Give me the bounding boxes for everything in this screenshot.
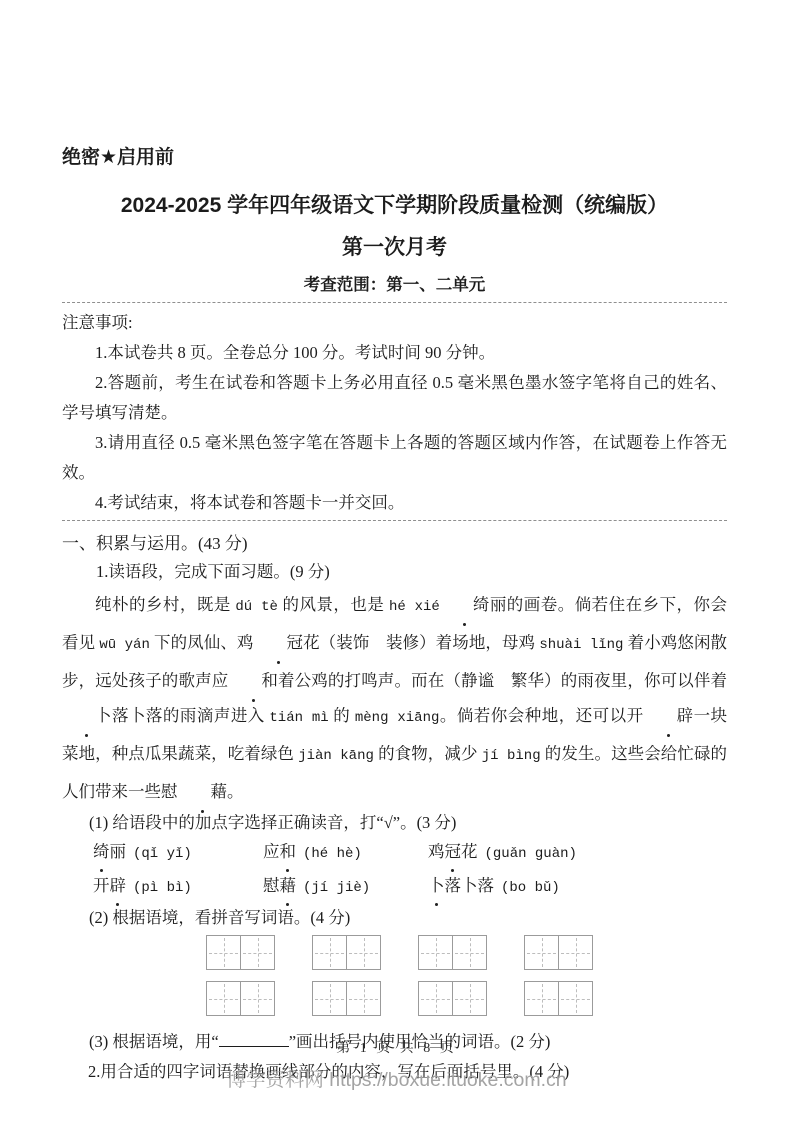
passage-text: 花（装饰 装修）着场地，母鸡 [303, 633, 539, 652]
writing-grid-cell [419, 982, 452, 1015]
divider-bottom [62, 520, 727, 521]
writing-grid-cell [313, 982, 346, 1015]
pronunciation-choice: 卜落卜落(bo bǔ) [428, 870, 560, 904]
dotted-char: 卜 [428, 870, 445, 902]
passage-text: 纯朴的乡村，既是 [95, 595, 235, 614]
dotted-char: 冠 [445, 836, 462, 868]
dotted-char: 冠 [254, 625, 304, 660]
passage-text: 下的凤仙、鸡 [150, 633, 254, 652]
exam-title: 2024-2025 学年四年级语文下学期阶段质量检测（统编版） [62, 192, 727, 220]
sub-question-2-stem: (2) 根据语境，看拼音写词语。(4 分) [62, 904, 727, 931]
writing-grid-cell [240, 982, 274, 1015]
grid-row [206, 935, 727, 970]
writing-grid-cell [419, 936, 452, 969]
writing-grid-box [418, 935, 487, 970]
exam-scope: 考查范围：第一、二单元 [62, 274, 727, 296]
pronunciation-choice: 应和(hé hè) [263, 836, 428, 870]
writing-grid-cell [346, 936, 380, 969]
pronunciation-choice: 慰藉(jí jiè) [263, 870, 428, 904]
choice-pinyin-options: (guǎn guàn) [485, 846, 577, 862]
writing-grid-cell [525, 936, 558, 969]
choice-pinyin-options: (jí jiè) [303, 880, 370, 896]
dotted-char: 辟 [110, 870, 127, 902]
writing-grid-box [312, 935, 381, 970]
pronunciation-choice: 绮丽(qǐ yǐ) [93, 836, 263, 870]
dotted-char: 辟 [644, 698, 694, 733]
pinyin-text: tián mì [269, 710, 328, 726]
notice-item: 2.答题前，考生在试卷和答题卡上务必用直径 0.5 毫米黑色墨水签字笔将自己的姓… [62, 368, 727, 428]
pronunciation-choice-row: 绮丽(qǐ yǐ)应和(hé hè)鸡冠花(guǎn guàn) [62, 836, 727, 870]
dotted-char: 绮 [93, 836, 110, 868]
pinyin-text: hé xié [389, 599, 440, 615]
choice-word: 慰藉 [263, 876, 296, 895]
writing-grid-cell [240, 936, 274, 969]
watermark: 博学资料网 https://boxue.ituoke.com.cn [0, 1064, 793, 1092]
writing-grid-cell [207, 982, 240, 1015]
question-1-stem: 1.读语段，完成下面习题。(9 分) [62, 557, 727, 587]
passage-text: 的食物，减少 [374, 744, 482, 763]
writing-grid-box [206, 935, 275, 970]
notice-item: 4.考试结束，将本试卷和答题卡一并交回。 [62, 488, 727, 518]
notice-item: 1.本试卷共 8 页。全卷总分 100 分。考试时间 90 分钟。 [62, 338, 727, 368]
exam-session-title: 第一次月考 [62, 234, 727, 262]
page-content: 绝密★启用前 2024-2025 学年四年级语文下学期阶段质量检测（统编版） 第… [0, 0, 793, 1087]
pinyin-text: wū yán [99, 637, 149, 653]
pinyin-text: shuài lǐng [539, 637, 623, 653]
secret-label: 绝密★启用前 [62, 146, 727, 170]
notice-heading: 注意事项: [62, 308, 727, 338]
pinyin-writing-grid [206, 935, 727, 1016]
choice-word: 绮丽 [93, 842, 126, 861]
exam-paper-page: 绝密★启用前 2024-2025 学年四年级语文下学期阶段质量检测（统编版） 第… [0, 0, 793, 1122]
pronunciation-choices: 绮丽(qǐ yǐ)应和(hé hè)鸡冠花(guǎn guàn)开辟(pì bì… [62, 836, 727, 904]
section-1-heading: 一、积累与运用。(43 分) [62, 530, 727, 557]
choice-pinyin-options: (hé hè) [303, 846, 362, 862]
notice-block: 注意事项: 1.本试卷共 8 页。全卷总分 100 分。考试时间 90 分钟。2… [62, 308, 727, 518]
dotted-char: 藉 [280, 870, 297, 902]
divider-top [62, 302, 727, 303]
writing-grid-cell [558, 982, 592, 1015]
writing-grid-cell [525, 982, 558, 1015]
writing-grid-cell [452, 936, 486, 969]
dotted-char: 卜 [62, 698, 112, 733]
notice-item: 3.请用直径 0.5 毫米黑色签字笔在答题卡上各题的答题区域内作答，在试题卷上作… [62, 428, 727, 488]
pinyin-text: jí bìng [482, 748, 541, 764]
notice-items: 1.本试卷共 8 页。全卷总分 100 分。考试时间 90 分钟。2.答题前，考… [62, 338, 727, 518]
passage-text: 。 [227, 782, 244, 801]
writing-grid-box [418, 981, 487, 1016]
dotted-char: 和 [228, 663, 278, 698]
writing-grid-cell [313, 936, 346, 969]
pronunciation-choice-row: 开辟(pì bì)慰藉(jí jiè)卜落卜落(bo bǔ) [62, 870, 727, 904]
pinyin-text: dú tè [235, 599, 277, 615]
choice-pinyin-options: (bo bǔ) [501, 880, 560, 896]
choice-word: 鸡冠花 [428, 842, 478, 861]
writing-grid-box [206, 981, 275, 1016]
passage-text: 落卜落的雨滴声进入 [112, 706, 270, 725]
passage-text: 着公鸡的打鸣声。而在（静谧 繁华）的雨夜里，你可以伴着 [278, 671, 727, 690]
dotted-char: 和 [280, 836, 297, 868]
passage-text: 的 [329, 706, 355, 725]
writing-grid-box [524, 981, 593, 1016]
writing-grid-box [312, 981, 381, 1016]
choice-word: 应和 [263, 842, 296, 861]
dotted-char: 绮 [440, 587, 490, 622]
pinyin-text: jiàn kāng [298, 748, 374, 764]
choice-word: 开辟 [93, 876, 126, 895]
passage-text: 的风景，也是 [278, 595, 389, 614]
choice-pinyin-options: (pì bì) [133, 880, 192, 896]
choice-pinyin-options: (qǐ yǐ) [133, 846, 192, 862]
dotted-char: 藉 [178, 774, 228, 809]
page-indicator: 第 1 页 共 8 页 [0, 1037, 793, 1057]
pinyin-text: mèng xiāng [355, 710, 440, 726]
choice-word: 卜落卜落 [428, 876, 494, 895]
pronunciation-choice: 鸡冠花(guǎn guàn) [428, 836, 577, 870]
writing-grid-cell [346, 982, 380, 1015]
writing-grid-cell [207, 936, 240, 969]
sub-question-1-stem: (1) 给语段中的加点字选择正确读音，打“√”。(3 分) [62, 809, 727, 836]
writing-grid-cell [558, 936, 592, 969]
writing-grid-box [524, 935, 593, 970]
reading-passage: 纯朴的乡村，既是 dú tè 的风景，也是 hé xié绮丽的画卷。倘若住在乡下… [62, 587, 727, 809]
grid-row [206, 981, 727, 1016]
passage-text: 。倘若你会种地，还可以开 [439, 706, 643, 725]
writing-grid-cell [452, 982, 486, 1015]
pronunciation-choice: 开辟(pì bì) [93, 870, 263, 904]
